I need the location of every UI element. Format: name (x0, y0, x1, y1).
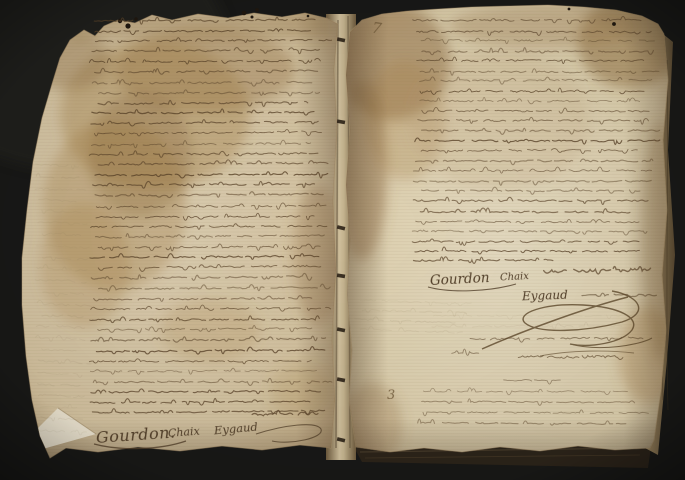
signature-gourdon-right: Gourdon (430, 270, 490, 289)
margin-number: 3 (387, 388, 396, 403)
signature-chaix-right: Chaix (500, 271, 530, 284)
manuscript-scan: Gourdon. Chaix Eygaud (0, 0, 685, 480)
right-gutter-shadow (346, 2, 388, 454)
manuscript-scan-viewport: Gourdon. Chaix Eygaud (0, 0, 685, 480)
signature-eygaud-right: Eygaud (521, 288, 569, 304)
right-page: 7 Gourdon Chaix Eygaud 3 (334, 0, 682, 467)
signature-chaix-left: Chaix (168, 425, 201, 440)
left-page: Gourdon. Chaix Eygaud (18, 8, 344, 462)
